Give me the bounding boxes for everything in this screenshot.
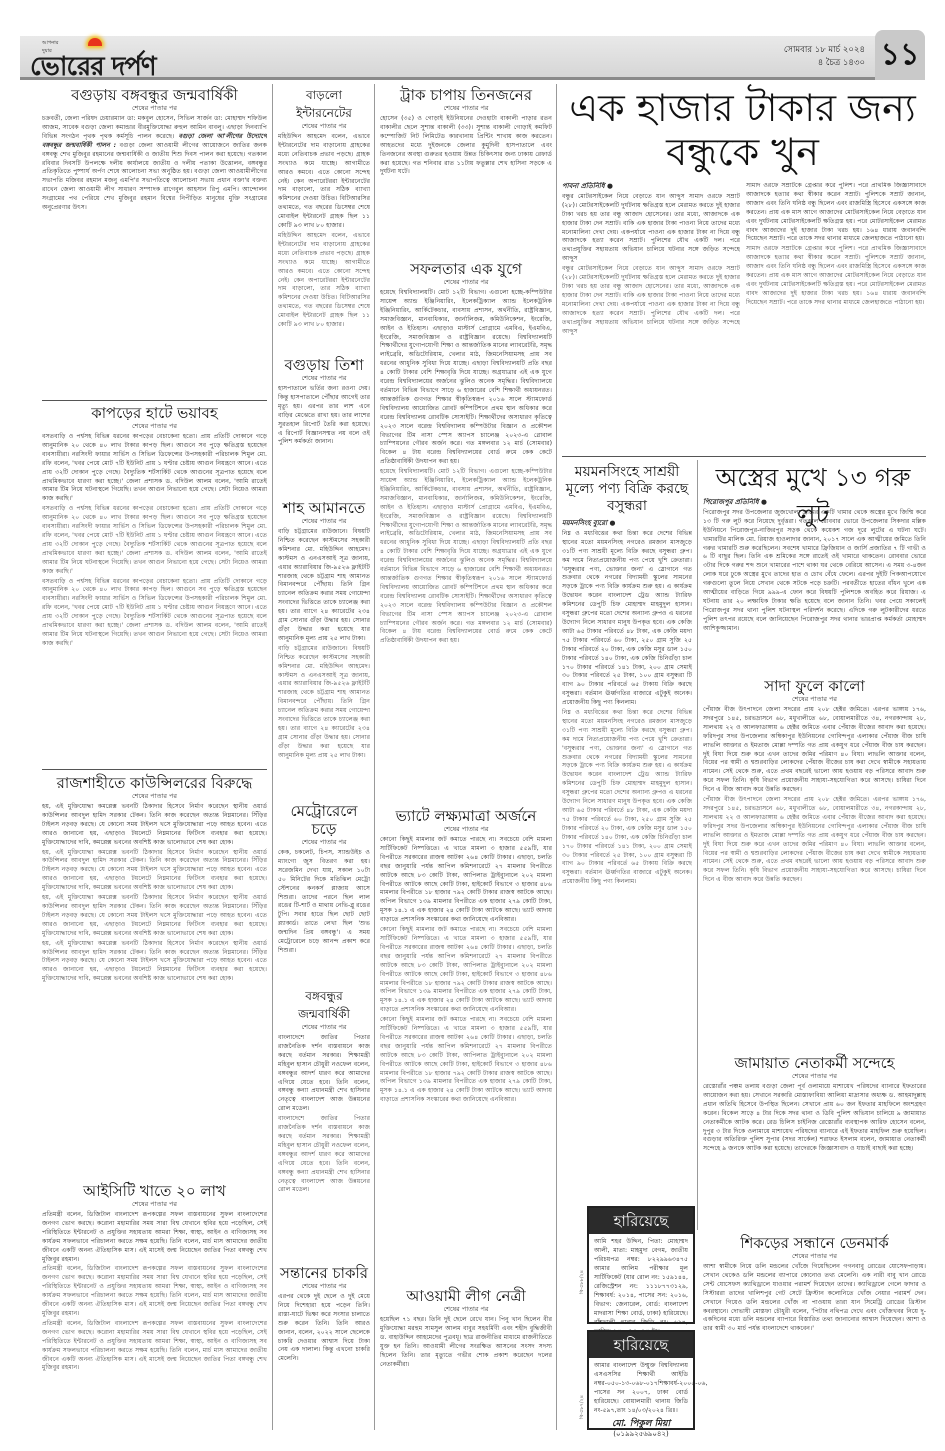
article-body: বাড়ি চট্টগ্রামের রাউজানে। বিষয়টি নিশ্চ… xyxy=(278,528,370,644)
article-body: হয়েছিল ৭১ বছর। তিনি দুই ছেলে রেখে যান। … xyxy=(380,1316,552,1369)
article-body: নিম্ন ও মধ্যবিত্তের কথা চিন্তা করে দেশের… xyxy=(562,530,692,708)
article-truck-accident: ট্রাক চাপায় তিনজনের শেষের পাতার পর হোসে… xyxy=(380,84,552,254)
article-body-cont: প্রতিমন্ত্রী বলেন, ডিজিটাল বাংলাদেশ রূপক… xyxy=(42,1265,267,1318)
article-jamaat-suspects: জামায়াত নেতাকর্মী সন্দেহে শেষের পাতার প… xyxy=(703,1052,926,1227)
article-body: হোসেন (৩৫) ও গোড়াই ইউনিয়নের দেওহাটা বা… xyxy=(380,115,552,177)
column-divider xyxy=(272,84,273,1430)
article-bogura-bangabandhu: বগুড়ায় বঙ্গবন্ধুর জন্মবার্ষিকী শেষের প… xyxy=(42,84,267,348)
continuation-label: শেষের পাতার পর xyxy=(278,838,370,847)
article-ict-20-lakh: আইসিটি খাতে ২০ লাখ শেষের পাতার পর প্রতিম… xyxy=(42,1180,267,1430)
article-body-2: বগুড়া জেলা আওয়ামী লীগের আয়োজনে জাতির … xyxy=(42,142,267,211)
byline: পাবনা প্রতিনিধি ● xyxy=(562,182,613,190)
article-body: রেস্তোরাঁর পঞ্চম তলায় বগুড়া জেলা পূর্ব… xyxy=(703,1083,926,1154)
continuation-label: শেষের পাতার পর xyxy=(703,1252,926,1261)
byline: পিরোজপুর প্রতিনিধি ● xyxy=(703,498,767,506)
article-body-cont: হয়, এই মুক্তিযোদ্ধা কমপ্লেক্স ভবনটি ঠিক… xyxy=(42,894,267,939)
article-body: কোনো কিছুই মামলার জট কমাতে পারছে না। সবচ… xyxy=(380,836,552,925)
article-child-job: সন্তানের চাকরি শেষের পাতার পর এরপর থেকে … xyxy=(278,1262,370,1432)
article-thousand-taka-right: সামাদ ওরফে সম্রাটকে গ্রেপ্তার করে পুলিশ।… xyxy=(746,182,926,450)
continuation-label: শেষের পাতার পর xyxy=(42,422,267,431)
classified-code: বি-৫৮৭/২৪ xyxy=(578,1395,586,1419)
article-metrorail: মেট্রোরেলে চড়ে শেষের পাতার পর কেক, চকলে… xyxy=(278,800,370,980)
classified-signature: মো. পিকুল মিয়া xyxy=(589,1418,693,1430)
headline: কাপড়ের হাটে ভয়াবহ xyxy=(42,404,267,422)
article-body-cont: বাংলাদেশে জাতির পিতার রাজনৈতিক দর্শন বাস… xyxy=(278,1115,370,1195)
continuation-label: শেষের পাতার পর xyxy=(278,1023,370,1032)
article-body: হয়েছে বিশ্ববিদ্যালয়টি। মোট ১২টি বিভাগ।… xyxy=(380,289,552,467)
article-tista: বগুড়ায় তিশা শেষের পাতার পর হাসপাতালে ভ… xyxy=(278,354,370,494)
article-rajshahi-councillor: রাজশাহীতে কাউন্সিলরের বিরুদ্ধে শেষের পাত… xyxy=(42,772,267,1167)
article-body-cont: প্রতিমন্ত্রী বলেন, ডিজিটাল বাংলাদেশ রূপক… xyxy=(42,1320,267,1373)
date-bangla: ৪ চৈত্র ১৪৩০ xyxy=(784,57,865,70)
headline: সাদা ফুলে কালো xyxy=(703,677,926,695)
headline: শিকড়ের সন্ধানে ডেনমার্ক xyxy=(703,1234,926,1252)
article-success-era: সফলতার এক যুগে শেষের পাতার পর হয়েছে বিশ… xyxy=(380,258,552,800)
byline: ময়মনসিংহ ব্যুরো ● xyxy=(562,519,615,527)
article-body: পেঁয়াজ বীজ উৎপাদনে জেলা সদরের প্রায় ২০… xyxy=(703,706,926,795)
classified-phone: (০১৯৯২৫৬৯০৪২) xyxy=(589,1430,693,1442)
article-body-cont: কোনো কিছুই মামলার জট কমাতে পারছে না। সবচ… xyxy=(380,1016,552,1105)
column-divider xyxy=(374,84,375,1430)
classified-title: হারিয়েছে xyxy=(589,1208,693,1234)
date-gregorian: সোমবার ১৮ মার্চ ২০২৪ xyxy=(784,44,865,57)
classified-body: আমার বাংলাদেশ উন্মুক্ত বিশ্ববিদ্যালয় এস… xyxy=(589,1358,693,1418)
article-body-cont: পেঁয়াজ বীজ উৎপাদনে জেলা সদরের প্রায় ২০… xyxy=(703,796,926,885)
continuation-label: শেষের পাতার পর xyxy=(380,825,552,834)
headline: আইসিটি খাতে ২০ লাখ xyxy=(42,1182,267,1200)
article-body-cont: নিম্ন ও মধ্যবিত্তের কথা চিন্তা করে দেশের… xyxy=(562,709,692,887)
divider xyxy=(42,400,267,401)
divider xyxy=(42,769,267,770)
headline: আওয়ামী লীগ নেত্রী xyxy=(380,1287,552,1305)
article-body: এরপর থেকে দুই ছেলে ও দুই মেয়ে নিয়ে দিশ… xyxy=(278,1293,370,1364)
headline: জামায়াত নেতাকর্মী সন্দেহে xyxy=(703,1054,926,1072)
headline: বাড়লো ইন্টারনেটের xyxy=(278,86,370,122)
continuation-label: শেষের পাতার পর xyxy=(42,1200,267,1209)
masthead: আপনার দুয়ার ভোরের দর্পণ সোমবার ১৮ মার্চ… xyxy=(20,36,925,80)
continuation-label: শেষের পাতার পর xyxy=(42,104,267,113)
headline: ভ্যাটে লক্ষ্যমাত্রা অর্জনে xyxy=(380,807,552,825)
article-vat-target: ভ্যাটে লক্ষ্যমাত্রা অর্জনে শেষের পাতার প… xyxy=(380,805,552,1250)
article-fire-market: কাপড়ের হাটে ভয়াবহ শেষের পাতার পর বসতবা… xyxy=(42,402,267,767)
article-body: আশা স্বামীকে নিয়ে ডলি মন্ডলের খোঁজে গিয… xyxy=(703,1263,926,1334)
article-body-cont: মহিউদ্দিন আহমেদ বলেন, এভাবে ইন্টারনেটের … xyxy=(278,232,370,330)
article-white-flower: সাদা ফুলে কালো শেষের পাতার পর পেঁয়াজ বী… xyxy=(703,675,926,1045)
article-shah-amanat: শাহ আমানতে শেষের পাতার পর বাড়ি চট্টগ্রা… xyxy=(278,497,370,797)
classified-body: আমি শহর উদ্দিন, পিতা: মোহাম্মদ আলী, মাতা… xyxy=(589,1234,693,1339)
headline: সন্তানের চাকরি xyxy=(278,1264,370,1282)
classified-lost-2: হারিয়েছে আমার বাংলাদেশ উন্মুক্ত বিশ্ববি… xyxy=(587,1330,695,1430)
sun-icon xyxy=(88,38,102,46)
continuation-label: শেষের পাতার পর xyxy=(278,517,370,526)
headline: ময়মনসিংহে সাশ্রয়ী মূল্যে পণ্য বিক্রি ক… xyxy=(562,464,692,515)
dateline: সোমবার ১৮ মার্চ ২০২৪ ৪ চৈত্র ১৪৩০ xyxy=(784,44,865,70)
continuation-label: শেষের পাতার পর xyxy=(703,695,926,704)
continuation-label: শেষের পাতার পর xyxy=(380,104,552,113)
column-divider xyxy=(556,84,557,1430)
headline: সফলতার এক যুগে xyxy=(380,260,552,278)
article-body: মহিউদ্দিন আহমেদ বলেন, এভাবে ইন্টারনেটের … xyxy=(278,133,370,231)
classified-lost-1: হারিয়েছে আমি শহর উদ্দিন, পিতা: মোহাম্মদ… xyxy=(587,1206,695,1324)
article-body: প্রতিমন্ত্রী বলেন, ডিজিটাল বাংলাদেশ রূপক… xyxy=(42,1211,267,1264)
headline: শাহ আমানতে xyxy=(278,499,370,517)
page-number: ১১ xyxy=(875,30,925,80)
article-body-cont: বসতবাড়ি ও পর্শ্বসহ বিভিন্ন ধরনের কাপড়ে… xyxy=(42,505,267,576)
article-denmark-roots: শিকড়ের সন্ধানে ডেনমার্ক শেষের পাতার পর … xyxy=(703,1232,926,1430)
article-body-cont: হয়, এই মুক্তিযোদ্ধা কমপ্লেক্স ভবনটি ঠিক… xyxy=(42,940,267,985)
article-body-cont: হয়, এই মুক্তিযোদ্ধা কমপ্লেক্স ভবনটি ঠিক… xyxy=(42,849,267,894)
article-internet-price: বাড়লো ইন্টারনেটের শেষের পাতার পর মহিউদ্… xyxy=(278,84,370,354)
article-bangabandhu-birthday: বঙ্গবন্ধুর জন্মবার্ষিকী শেষের পাতার পর ব… xyxy=(278,985,370,1255)
article-body-cont: হয়েছে বিশ্ববিদ্যালয়টি। মোট ১২টি বিভাগ।… xyxy=(380,468,552,646)
headline: মেট্রোরেলে চড়ে xyxy=(278,802,370,838)
article-body-cont: বাড়ি চট্টগ্রামের রাউজানে। বিষয়টি নিশ্চ… xyxy=(278,645,370,761)
continuation-label: শেষের পাতার পর xyxy=(278,1282,370,1291)
article-cattle-robbery: পিরোজপুর প্রতিনিধি ● পিরোজপুর সদর উপজেলা… xyxy=(703,498,926,668)
article-body: সামাদ ওরফে সম্রাটকে গ্রেপ্তার করে পুলিশ।… xyxy=(746,182,926,244)
headline: বগুড়ায় বঙ্গবন্ধুর জন্মবার্ষিকী xyxy=(42,86,267,104)
article-mymensingh-sale: ময়মনসিংহে সাশ্রয়ী মূল্যে পণ্য বিক্রি ক… xyxy=(562,460,692,1060)
article-body: হাসপাতালে ভর্তির জন্য রওনা দেয়। কিন্তু … xyxy=(278,385,370,447)
lead-headline: এক হাজার টাকার জন্য বন্ধুকে খুন xyxy=(560,86,925,174)
continuation-label: শেষের পাতার পর xyxy=(703,1072,926,1081)
article-body: হয়, এই মুক্তিযোদ্ধা কমপ্লেক্স ভবনটি ঠিক… xyxy=(42,803,267,848)
classified-title: হারিয়েছে xyxy=(589,1332,693,1358)
article-awami-leader: আওয়ামী লীগ নেত্রী শেষের পাতার পর হয়েছি… xyxy=(380,1285,552,1430)
headline: রাজশাহীতে কাউন্সিলরের বিরুদ্ধে xyxy=(42,774,267,792)
article-body-cont: বসতবাড়ি ও পর্শ্বসহ বিভিন্ন ধরনের কাপড়ে… xyxy=(42,578,267,649)
continuation-label: শেষের পাতার পর xyxy=(278,374,370,383)
article-body: বাংলাদেশে জাতির পিতার রাজনৈতিক দর্শন বাস… xyxy=(278,1034,370,1114)
headline: বগুড়ায় তিশা xyxy=(278,356,370,374)
article-body: বসতবাড়ি ও পর্শ্বসহ বিভিন্ন ধরনের কাপড়ে… xyxy=(42,433,267,504)
article-body-cont: কোনো কিছুই মামলার জট কমাতে পারছে না। সবচ… xyxy=(380,926,552,1015)
headline: বঙ্গবন্ধুর জন্মবার্ষিকী xyxy=(278,987,370,1023)
article-body-cont: বন্ধুর মোটরসাইকেল নিয়ে বেড়াতে যান আব্দ… xyxy=(562,265,740,336)
headline: ট্রাক চাপায় তিনজনের xyxy=(380,86,552,104)
continuation-label: শেষের পাতার পর xyxy=(380,1305,552,1314)
article-body: বন্ধুর মোটরসাইকেল নিয়ে বেড়াতে যান আব্দ… xyxy=(562,193,740,264)
article-thousand-taka-left: পাবনা প্রতিনিধি ● বন্ধুর মোটরসাইকেল নিয়… xyxy=(562,182,740,450)
continuation-label: শেষের পাতার পর xyxy=(380,278,552,287)
divider xyxy=(562,456,926,457)
classified-code: বি-৫৮৮/২৪ xyxy=(578,1270,586,1294)
article-body: পিরোজপুর সদর উপজেলার জুজখোলা গ্রামের একট… xyxy=(703,509,926,634)
article-body: কেক, চকলেট, চিপস, স্যান্ডউইচ ও ম্যাংগো জ… xyxy=(278,849,370,956)
column-divider xyxy=(697,460,698,1230)
continuation-label: শেষের পাতার পর xyxy=(42,792,267,801)
continuation-label: শেষের পাতার পর xyxy=(278,122,370,131)
article-body-cont: সামাদ ওরফে সম্রাটকে গ্রেপ্তার করে পুলিশ।… xyxy=(746,245,926,307)
